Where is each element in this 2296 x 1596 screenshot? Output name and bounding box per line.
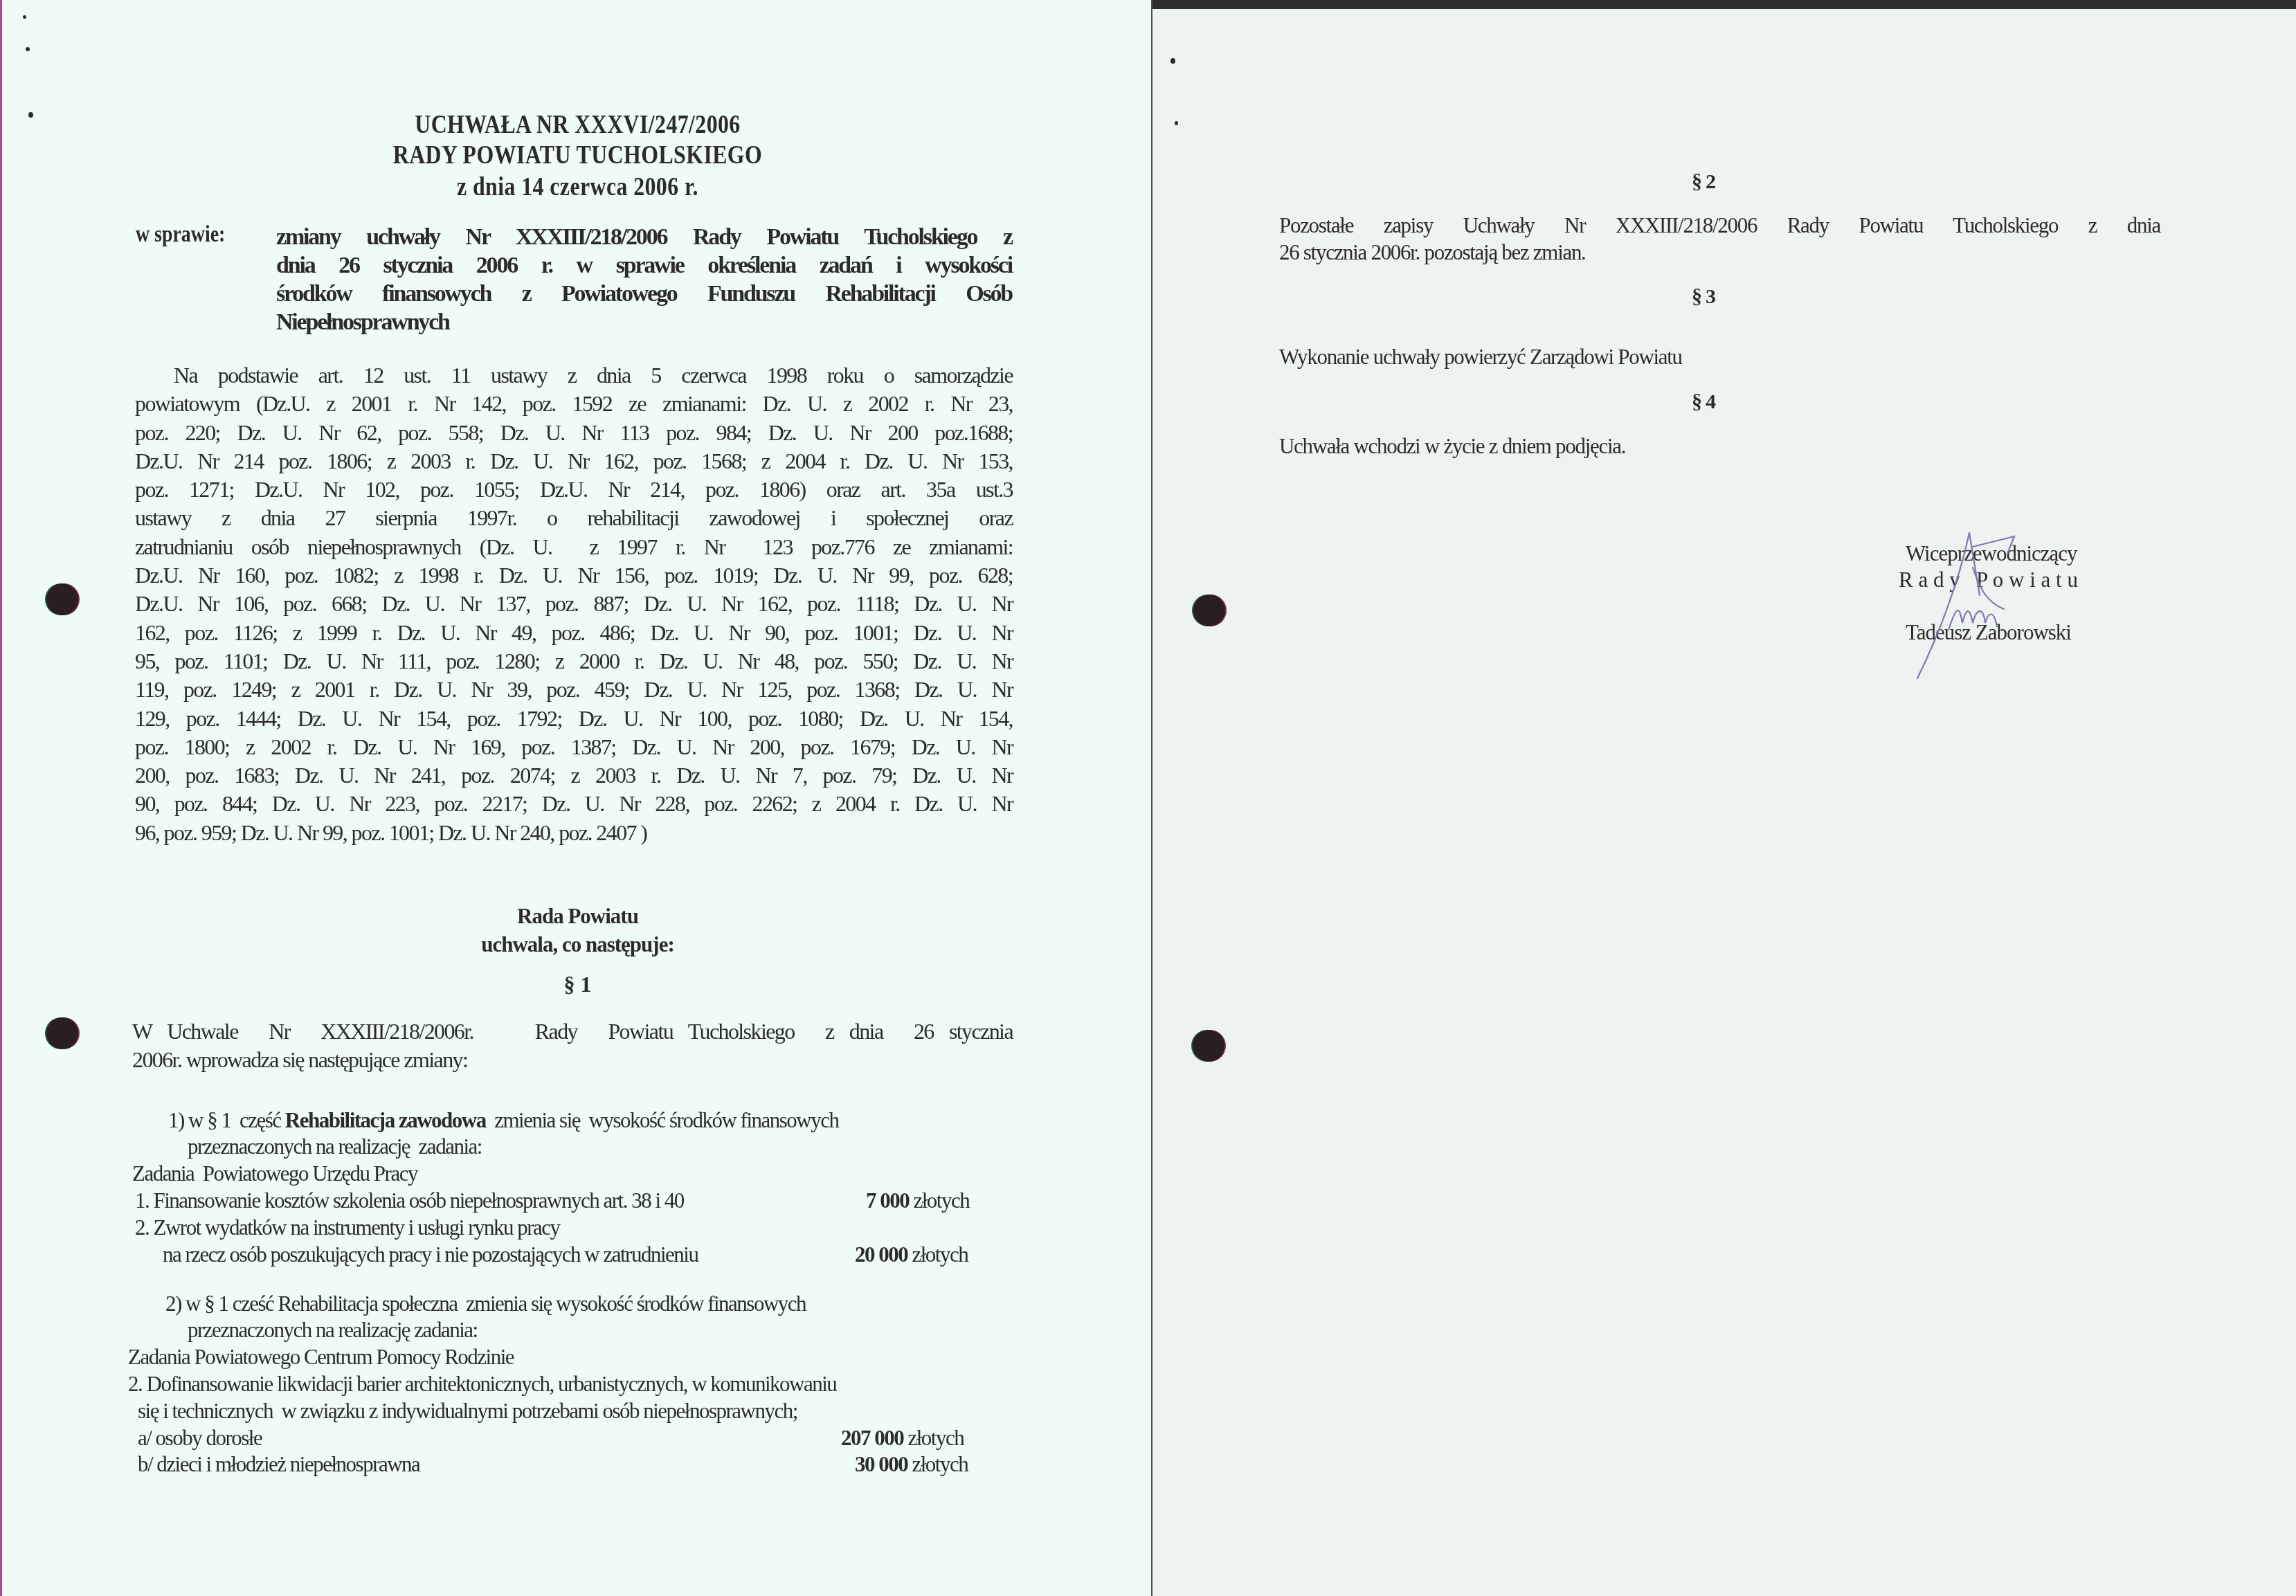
council-name: RADY POWIATU TUCHOLSKIEGO	[82, 143, 1072, 168]
speck	[1170, 58, 1175, 64]
legal-basis-line: 96, poz. 959; Dz. U. Nr 99, poz. 1001; D…	[135, 819, 1013, 847]
section-4-text: Uchwała wchodzi w życie z dniem podjęcia…	[1279, 435, 1625, 457]
change-1-item-2-amount: 20 000 złotych	[855, 1242, 968, 1268]
council-heading: Rada Powiatu	[2, 905, 1153, 927]
subject-label: w sprawie:	[136, 223, 225, 246]
subject-line: środków finansowych z Powiatowego Fundus…	[276, 280, 1012, 308]
change-2-group: Zadania Powiatowego Centrum Pomocy Rodzi…	[128, 1344, 514, 1370]
section-2-text: Pozostałe zapisy Uchwały Nr XXXIII/218/2…	[1279, 212, 2160, 266]
section-1-intro: W Uchwale Nr XXXIII/218/2006r. Rady Powi…	[132, 1017, 1013, 1074]
council-resolves: uchwala, co następuje:	[2, 934, 1153, 955]
change-1-group: Zadania Powiatowego Urzędu Pracy	[132, 1161, 417, 1187]
legal-basis-line: 90, poz. 844; Dz. U. Nr 223, poz. 2217; …	[135, 790, 1013, 818]
handwritten-signature	[1904, 526, 2077, 685]
legal-basis-line: 119, poz. 1249; z 2001 r. Dz. U. Nr 39, …	[135, 675, 1013, 704]
legal-basis-line: 129, poz. 1444; Dz. U. Nr 154, poz. 1792…	[135, 705, 1013, 733]
section-1-heading: § 1	[2, 973, 1153, 995]
left-page: UCHWAŁA NR XXXVI/247/2006 RADY POWIATU T…	[0, 0, 1151, 1596]
punch-hole	[1193, 595, 1225, 626]
section-3-heading: § 3	[1692, 287, 1715, 307]
legal-basis-line: Na podstawie art. 12 ust. 11 ustawy z dn…	[135, 361, 1013, 390]
change-2-subitem-a: a/ osoby dorosłe	[138, 1425, 262, 1451]
speck	[26, 47, 30, 51]
subject-line: dnia 26 stycznia 2006 r. w sprawie okreś…	[276, 251, 1012, 280]
section-2-line: Pozostałe zapisy Uchwały Nr XXXIII/218/2…	[1279, 212, 2160, 239]
change-2-subitem-b-amount: 30 000 złotych	[855, 1451, 968, 1478]
legal-basis-line: poz. 1271; Dz.U. Nr 102, poz. 1055; Dz.U…	[135, 475, 1013, 504]
change-2-line2: przeznaczonych na realizację zadania:	[188, 1317, 478, 1343]
legal-basis-line: poz. 220; Dz. U. Nr 62, poz. 558; Dz. U.…	[135, 419, 1013, 447]
change-2-item-line: 2. Dofinansowanie likwidacji barier arch…	[128, 1371, 836, 1397]
intro-line: W Uchwale Nr XXXIII/218/2006r. Rady Powi…	[132, 1017, 1013, 1046]
punch-hole	[1193, 1030, 1224, 1062]
legal-basis-line: Dz.U. Nr 106, poz. 668; Dz. U. Nr 137, p…	[135, 590, 1013, 618]
legal-basis-line: 162, poz. 1126; z 1999 r. Dz. U. Nr 49, …	[135, 619, 1013, 647]
change-2-item-line: się i technicznych w związku z indywidua…	[138, 1398, 797, 1424]
change-2-subitem-a-amount: 207 000 złotych	[841, 1425, 964, 1451]
section-3-text: Wykonanie uchwały powierzyć Zarządowi Po…	[1279, 346, 1682, 368]
resolution-date: z dnia 14 czerwca 2006 r.	[82, 174, 1072, 200]
change-2-subitem-b: b/ dzieci i młodzież niepełnosprawna	[138, 1451, 419, 1478]
legal-basis-line: 200, poz. 1683; Dz. U. Nr 241, poz. 2074…	[135, 761, 1013, 790]
scan-edge-band	[1152, 0, 2296, 9]
change-1-line2: przeznaczonych na realizację zadania:	[188, 1134, 482, 1160]
change-2: 2) w § 1 cześć Rehabilitacja społeczna z…	[2, 1291, 19, 1580]
section-2-line: 26 stycznia 2006r. pozostają bez zmian.	[1279, 239, 2160, 266]
subject-line: zmiany uchwały Nr XXXIII/218/2006 Rady P…	[276, 223, 1012, 251]
section-4-heading: § 4	[1692, 392, 1715, 412]
section-2-heading: § 2	[1692, 172, 1715, 192]
change-1-item-2-cont: na rzecz osób poszukujących pracy i nie …	[163, 1242, 698, 1268]
change-1-line1: 1) w § 1 część Rehabilitacja zawodowa zm…	[168, 1107, 838, 1134]
legal-basis-line: powiatowym (Dz.U. z 2001 r. Nr 142, poz.…	[135, 390, 1013, 418]
legal-basis-line: 95, poz. 1101; Dz. U. Nr 111, poz. 1280;…	[135, 647, 1013, 675]
legal-basis-line: Dz.U. Nr 160, poz. 1082; z 1998 r. Dz. U…	[135, 561, 1013, 590]
change-1-item-1-amount: 7 000 złotych	[866, 1188, 969, 1214]
change-1-item-1: 1. Finansowanie kosztów szkolenia osób n…	[135, 1188, 684, 1214]
change-1-category: Rehabilitacja zawodowa	[285, 1108, 486, 1132]
punch-hole	[46, 1017, 78, 1049]
legal-basis-line: ustawy z dnia 27 sierpnia 1997r. o rehab…	[135, 504, 1013, 532]
right-page: § 2 Pozostałe zapisy Uchwały Nr XXXIII/2…	[1152, 0, 2296, 1596]
subject-text: zmiany uchwały Nr XXXIII/218/2006 Rady P…	[276, 223, 1012, 336]
punch-hole	[46, 583, 78, 615]
change-1-item-2: 2. Zwrot wydatków na instrumenty i usług…	[135, 1215, 560, 1241]
speck	[28, 112, 33, 118]
legal-basis-paragraph: Na podstawie art. 12 ust. 11 ustawy z dn…	[135, 361, 1013, 847]
resolution-number: UCHWAŁA NR XXXVI/247/2006	[82, 112, 1072, 138]
change-2-line1: 2) w § 1 cześć Rehabilitacja społeczna z…	[165, 1291, 806, 1317]
legal-basis-line: zatrudnianiu osób niepełnosprawnych (Dz.…	[135, 533, 1013, 561]
legal-basis-line: poz. 1800; z 2002 r. Dz. U. Nr 169, poz.…	[135, 733, 1013, 761]
legal-basis-line: Dz.U. Nr 214 poz. 1806; z 2003 r. Dz. U.…	[135, 447, 1013, 475]
intro-line: 2006r. wprowadza się następujące zmiany:	[132, 1046, 1013, 1074]
speck	[1175, 121, 1178, 125]
speck	[23, 15, 26, 19]
subject-line: Niepełnosprawnych	[276, 308, 1012, 336]
